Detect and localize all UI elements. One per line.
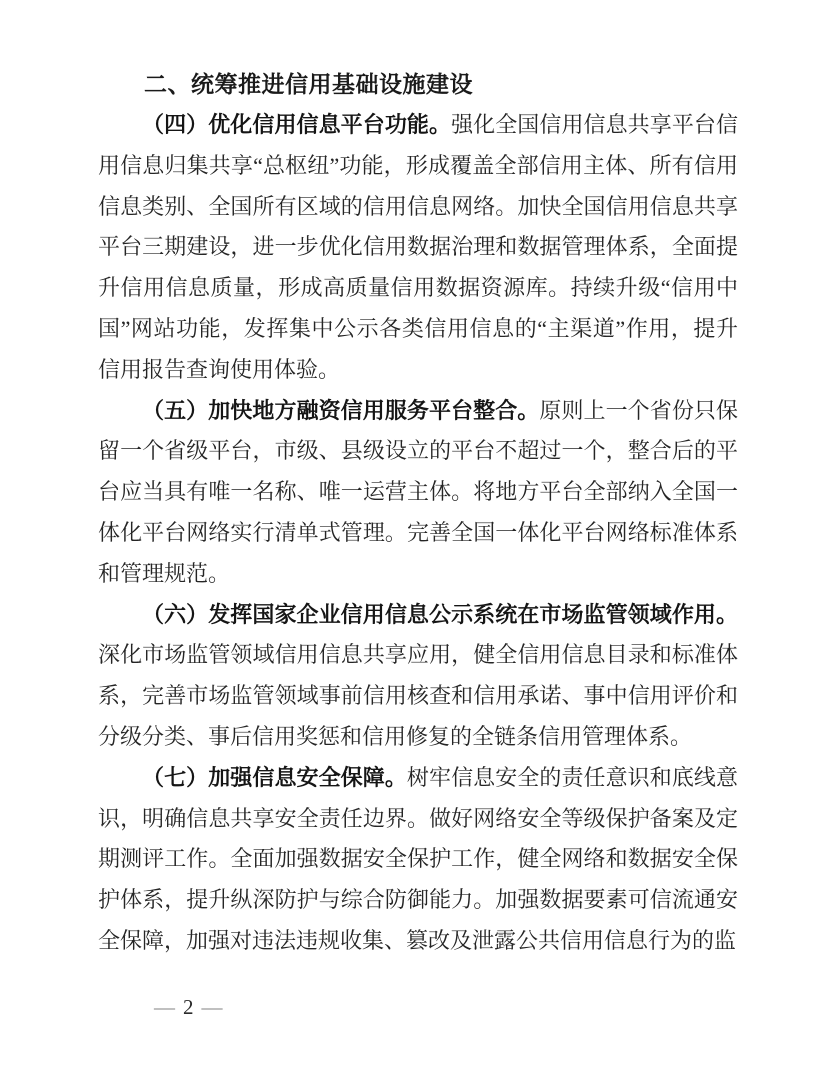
footer-right-dash: — [195, 995, 231, 1019]
paragraph-item-6: （六）发挥国家企业信用信息公示系统在市场监管领域作用。深化市场监管领域信用信息共… [98, 595, 738, 758]
paragraph-lead: （五）加快地方融资信用服务平台整合。 [142, 398, 539, 423]
paragraph-lead: （四）优化信用信息平台功能。 [142, 112, 451, 137]
page-number: 2 [183, 995, 195, 1019]
paragraph-item-4: （四）优化信用信息平台功能。强化全国信用信息共享平台信用信息归集共享“总枢纽”功… [98, 105, 738, 391]
paragraph-body: 强化全国信用信息共享平台信用信息归集共享“总枢纽”功能，形成覆盖全部信用主体、所… [98, 112, 738, 382]
paragraph-item-5: （五）加快地方融资信用服务平台整合。原则上一个省份只保留一个省级平台，市级、县级… [98, 391, 738, 595]
paragraph-body: 原则上一个省份只保留一个省级平台，市级、县级设立的平台不超过一个，整合后的平台应… [98, 398, 738, 586]
paragraph-item-7: （七）加强信息安全保障。树牢信息安全的责任意识和底线意识，明确信息共享安全责任边… [98, 758, 738, 962]
paragraph-body: 深化市场监管领域信用信息共享应用，健全信用信息目录和标准体系，完善市场监管领域事… [98, 642, 738, 749]
document-content: 二、统筹推进信用基础设施建设 （四）优化信用信息平台功能。强化全国信用信息共享平… [98, 64, 738, 962]
footer-left-dash: — [147, 995, 183, 1019]
paragraph-lead: （七）加强信息安全保障。 [142, 765, 407, 790]
paragraph-body: 树牢信息安全的责任意识和底线意识，明确信息共享安全责任边界。做好网络安全等级保护… [98, 765, 738, 953]
paragraph-lead: （六）发挥国家企业信用信息公示系统在市场监管领域作用。 [142, 602, 738, 627]
page-footer: —2— [147, 995, 231, 1020]
document-page: 二、统筹推进信用基础设施建设 （四）优化信用信息平台功能。强化全国信用信息共享平… [0, 0, 836, 1072]
section-heading: 二、统筹推进信用基础设施建设 [98, 64, 738, 105]
